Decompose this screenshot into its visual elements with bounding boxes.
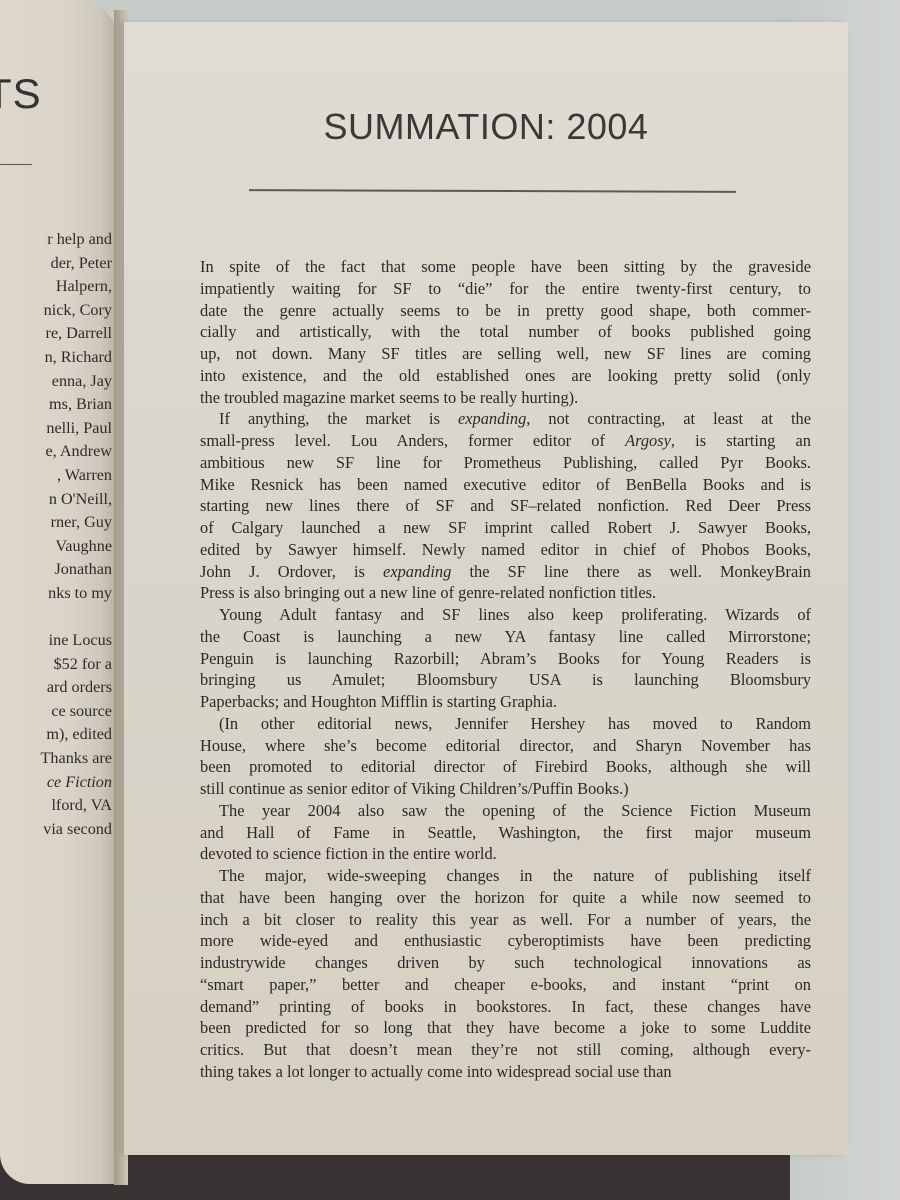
left-page-line: n O'Neill, [0, 488, 112, 512]
text-line: starting new lines there of SF and SF–re… [200, 495, 811, 517]
left-page-line: via second [0, 818, 112, 842]
left-heading-rule [0, 164, 32, 165]
left-page-line: m), edited [0, 723, 112, 747]
text-line: The major, wide-sweeping changes in the … [200, 865, 811, 887]
text-line: Young Adult fantasy and SF lines also ke… [200, 604, 811, 626]
text-line: If anything, the market is expanding, no… [200, 408, 811, 430]
text-line: date the genre actually seems to be in p… [200, 300, 811, 322]
text-line: John J. Ordover, is expanding the SF lin… [200, 561, 811, 583]
text-line: up, not down. Many SF titles are selling… [200, 343, 811, 365]
left-page: TS r help andder, PeterHalpern,nick, Cor… [0, 0, 118, 1184]
left-page-text: r help andder, PeterHalpern,nick, Coryre… [0, 228, 112, 841]
text-line: critics. But that doesn’t mean they’re n… [200, 1039, 811, 1061]
paragraph: (In other editorial news, Jennifer Hersh… [200, 713, 811, 800]
text-line: Penguin is launching Razorbill; Abram’s … [200, 648, 811, 670]
text-line: been promoted to editorial director of F… [200, 756, 811, 778]
left-page-line: Jonathan [0, 558, 112, 582]
text-line: ambitious new SF line for Prometheus Pub… [200, 452, 811, 474]
left-page-line: Thanks are [0, 747, 112, 771]
text-line: (In other editorial news, Jennifer Hersh… [200, 713, 811, 735]
left-page-line [0, 606, 112, 630]
left-page-line: enna, Jay [0, 370, 112, 394]
left-heading-text: TS [0, 70, 42, 118]
paragraph: In spite of the fact that some people ha… [200, 256, 811, 408]
left-page-line: re, Darrell [0, 322, 112, 346]
left-page-line: nks to my [0, 582, 112, 606]
text-line: cially and artistically, with the total … [200, 321, 811, 343]
text-line: into existence, and the old established … [200, 365, 811, 387]
text-line: Paperbacks; and Houghton Mifflin is star… [200, 691, 811, 713]
right-page: SUMMATION: 2004 In spite of the fact tha… [124, 22, 848, 1155]
text-line: impatiently waiting for SF to “die” for … [200, 278, 811, 300]
text-line: The year 2004 also saw the opening of th… [200, 800, 811, 822]
left-page-line: ce Fiction [0, 771, 112, 795]
text-line: “smart paper,” better and cheaper e-book… [200, 974, 811, 996]
text-line: that have been hanging over the horizon … [200, 887, 811, 909]
left-page-line: $52 for a [0, 653, 112, 677]
left-page-line: r help and [0, 228, 112, 252]
left-page-line: Halpern, [0, 275, 112, 299]
left-page-line: n, Richard [0, 346, 112, 370]
paragraph: If anything, the market is expanding, no… [200, 408, 811, 604]
text-line: devoted to science fiction in the entire… [200, 843, 811, 865]
text-line: still continue as senior editor of Vikin… [200, 778, 811, 800]
left-page-line: ard orders [0, 676, 112, 700]
text-line: and Hall of Fame in Seattle, Washington,… [200, 822, 811, 844]
left-page-line: , Warren [0, 464, 112, 488]
page-title: SUMMATION: 2004 [124, 106, 848, 148]
left-page-line: ms, Brian [0, 393, 112, 417]
text-line: House, where she’s become editorial dire… [200, 735, 811, 757]
text-line: thing takes a lot longer to actually com… [200, 1061, 811, 1083]
text-line: demand” printing of books in bookstores.… [200, 996, 811, 1018]
text-line: In spite of the fact that some people ha… [200, 256, 811, 278]
text-line: more wide-eyed and enthusiastic cyberopt… [200, 930, 811, 952]
text-line: the troubled magazine market seems to be… [200, 387, 811, 409]
left-page-line: ce source [0, 700, 112, 724]
title-rule [249, 189, 736, 192]
left-page-line: nick, Cory [0, 299, 112, 323]
left-page-line: nelli, Paul [0, 417, 112, 441]
left-page-line: rner, Guy [0, 511, 112, 535]
left-page-line: der, Peter [0, 252, 112, 276]
left-page-line: ine Locus [0, 629, 112, 653]
text-line: of Calgary launched a new SF imprint cal… [200, 517, 811, 539]
text-line: edited by Sawyer himself. Newly named ed… [200, 539, 811, 561]
text-line: the Coast is launching a new YA fantasy … [200, 626, 811, 648]
paragraph: Young Adult fantasy and SF lines also ke… [200, 604, 811, 713]
left-page-line: lford, VA [0, 794, 112, 818]
paragraph: The year 2004 also saw the opening of th… [200, 800, 811, 865]
left-page-line: Vaughne [0, 535, 112, 559]
text-line: inch a bit closer to reality this year a… [200, 909, 811, 931]
text-line: small-press level. Lou Anders, former ed… [200, 430, 811, 452]
text-line: Press is also bringing out a new line of… [200, 582, 811, 604]
text-line: bringing us Amulet; Bloomsbury USA is la… [200, 669, 811, 691]
paragraph: The major, wide-sweeping changes in the … [200, 865, 811, 1083]
text-line: Mike Resnick has been named executive ed… [200, 474, 811, 496]
text-line: been predicted for so long that they hav… [200, 1017, 811, 1039]
text-line: industrywide changes driven by such tech… [200, 952, 811, 974]
left-page-line: e, Andrew [0, 440, 112, 464]
body-text: In spite of the fact that some people ha… [200, 256, 811, 1083]
left-page-heading: TS [0, 70, 42, 118]
